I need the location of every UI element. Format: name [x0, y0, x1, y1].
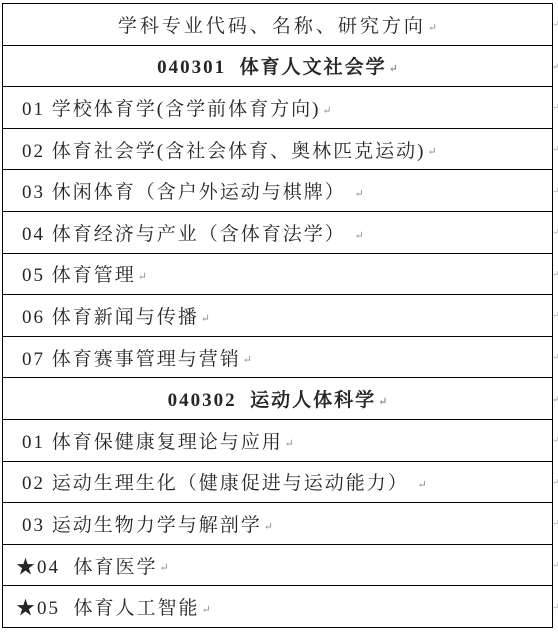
cell-end-mark-icon: ↵: [552, 519, 558, 528]
paragraph-mark-icon: ↵: [427, 145, 436, 169]
row-text: 03 休闲体育（含户外运动与棋牌）: [22, 177, 353, 204]
table-row: 03 运动生物力学与解剖学↵ ↵: [3, 503, 552, 545]
section-header-row: 040302 运动人体科学↵ ↵: [3, 378, 552, 420]
table-row-starred: ★04 体育医学↵ ↵: [3, 545, 552, 587]
cell-end-mark-icon: ↵: [552, 228, 558, 237]
row-text: ★05 体育人工智能: [16, 593, 200, 620]
cell-end-mark-icon: ↵: [552, 477, 558, 486]
row-text: 02 运动生理生化（健康促进与运动能力）: [22, 468, 416, 495]
row-text: 07 体育赛事管理与营销: [22, 344, 241, 371]
cell-end-mark-icon: ↵: [552, 103, 558, 112]
paragraph-mark-icon: ↵: [201, 312, 210, 336]
program-table: 学科专业代码、名称、研究方向↵ ↵ 040301 体育人文社会学↵ ↵ 01 学…: [2, 3, 553, 628]
paragraph-mark-icon: ↵: [264, 520, 273, 544]
cell-end-mark-icon: ↵: [552, 311, 558, 320]
table-row: 04 体育经济与产业（含体育法学） ↵ ↵: [3, 212, 552, 254]
table-row: 01 体育保健康复理论与应用↵ ↵: [3, 420, 552, 462]
table-row: 03 休闲体育（含户外运动与棋牌） ↵ ↵: [3, 170, 552, 212]
section-header-row: 040301 体育人文社会学↵ ↵: [3, 46, 552, 88]
table-row-starred: ★05 体育人工智能↵ ↵: [3, 586, 552, 627]
cell-end-mark-icon: ↵: [552, 436, 558, 445]
row-text: 03 运动生物力学与解剖学: [22, 510, 262, 537]
paragraph-mark-icon: ↵: [160, 561, 169, 585]
cell-end-mark-icon: ↵: [552, 561, 558, 570]
cell-end-mark-icon: ↵: [552, 269, 558, 278]
table-row: 01 学校体育学(含学前体育方向)↵ ↵: [3, 87, 552, 129]
paragraph-mark-icon: ↵: [285, 437, 294, 461]
paragraph-mark-icon: ↵: [355, 229, 364, 253]
paragraph-mark-icon: ↵: [243, 353, 252, 377]
document-page: 学科专业代码、名称、研究方向↵ ↵ 040301 体育人文社会学↵ ↵ 01 学…: [0, 0, 558, 638]
paragraph-mark-icon: ↵: [202, 603, 211, 627]
table-header-text: 学科专业代码、名称、研究方向: [118, 11, 426, 38]
paragraph-mark-icon: ↵: [322, 104, 331, 128]
cell-end-mark-icon: ↵: [552, 186, 558, 195]
paragraph-mark-icon: ↵: [428, 21, 437, 45]
section-title: 040302 运动人体科学: [168, 385, 377, 412]
row-text: 04 体育经济与产业（含体育法学）: [22, 219, 353, 246]
paragraph-mark-icon: ↵: [378, 395, 387, 419]
paragraph-mark-icon: ↵: [355, 187, 364, 211]
paragraph-mark-icon: ↵: [138, 270, 147, 294]
table-row: 02 运动生理生化（健康促进与运动能力） ↵ ↵: [3, 462, 552, 504]
row-text: ★04 体育医学: [16, 552, 158, 579]
table-row: 05 体育管理↵ ↵: [3, 254, 552, 296]
paragraph-mark-icon: ↵: [418, 478, 427, 502]
table-row: 06 体育新闻与传播↵ ↵: [3, 295, 552, 337]
table-row: 07 体育赛事管理与营销↵ ↵: [3, 337, 552, 379]
row-text: 02 体育社会学(含社会体育、奥林匹克运动): [22, 136, 425, 163]
cell-end-mark-icon: ↵: [552, 394, 558, 404]
row-text: 01 体育保健康复理论与应用: [22, 427, 283, 454]
cell-end-mark-icon: ↵: [552, 602, 558, 611]
cell-end-mark-icon: ↵: [552, 20, 558, 29]
cell-end-mark-icon: ↵: [552, 145, 558, 154]
row-text: 05 体育管理: [22, 260, 136, 287]
paragraph-mark-icon: ↵: [389, 62, 398, 86]
row-text: 01 学校体育学(含学前体育方向): [22, 94, 320, 121]
table-header-row: 学科专业代码、名称、研究方向↵ ↵: [3, 4, 552, 46]
row-text: 06 体育新闻与传播: [22, 302, 199, 329]
cell-end-mark-icon: ↵: [552, 61, 558, 71]
table-row: 02 体育社会学(含社会体育、奥林匹克运动)↵ ↵: [3, 129, 552, 171]
section-title: 040301 体育人文社会学: [157, 52, 387, 79]
cell-end-mark-icon: ↵: [552, 353, 558, 362]
